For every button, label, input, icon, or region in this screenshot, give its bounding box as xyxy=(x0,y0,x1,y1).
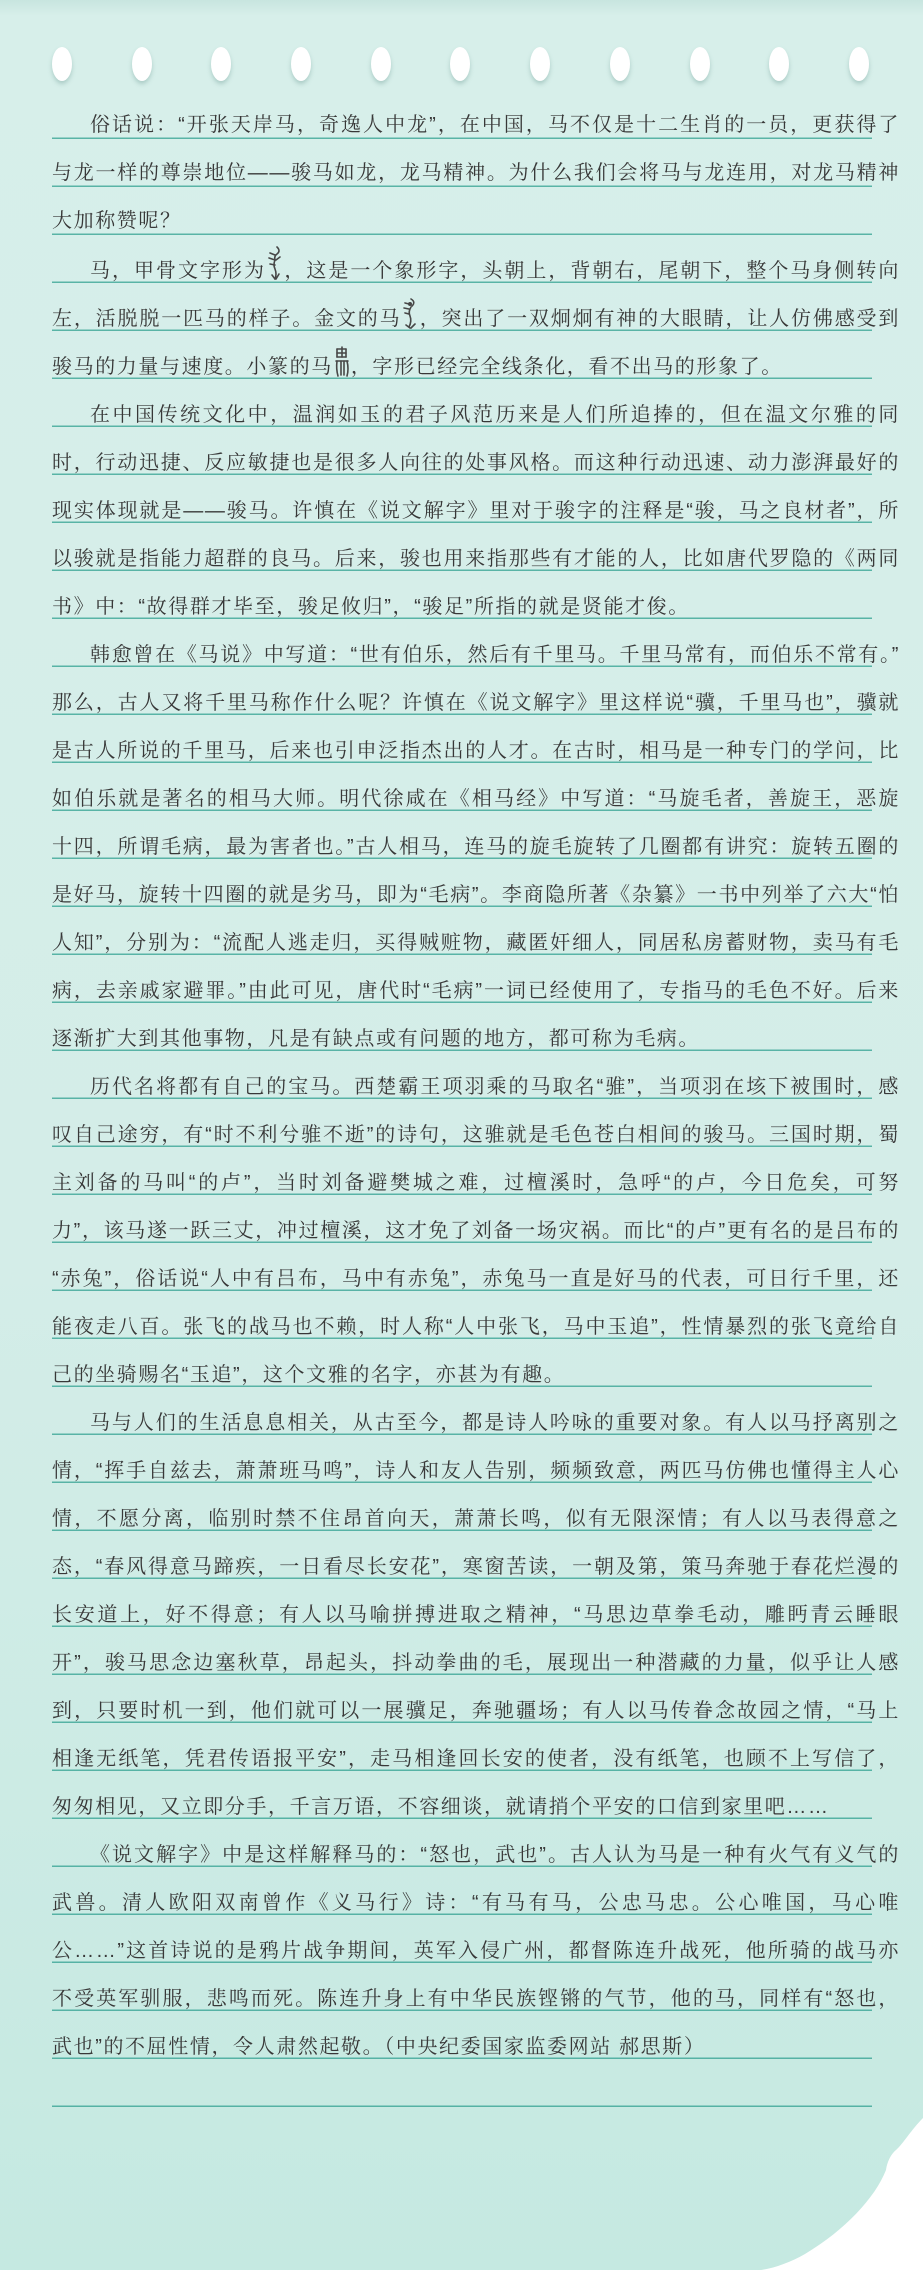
paragraph-text: ，字形已经完全线条化，看不出马的形象了。 xyxy=(351,356,783,378)
paragraph: 《说文解字》中是这样解释马的：“怒也，武也”。古人认为马是一种有火气有义气的武兽… xyxy=(52,1831,900,2071)
binding-hole xyxy=(690,47,710,81)
notebook-page: 俗话说：“开张天岸马，奇逸人中龙”，在中国，马不仅是十二生肖的一员，更获得了与龙… xyxy=(0,0,923,2270)
paragraph: 韩愈曾在《马说》中写道：“世有伯乐，然后有千里马。千里马常有，而伯乐不常有。”那… xyxy=(52,631,900,1063)
binding-hole xyxy=(52,47,72,81)
oracle-bone-script-ma-image xyxy=(267,245,283,283)
paragraph-text: 历代名将都有自己的宝马。西楚霸王项羽乘的马取名“骓”，当项羽在垓下被围时，感叹自… xyxy=(52,1076,900,1386)
paragraph-text: 马，甲骨文字形为 xyxy=(90,260,266,282)
small-seal-script-ma-image xyxy=(334,345,350,379)
binding-hole xyxy=(530,47,550,81)
binding-hole xyxy=(610,47,630,81)
binding-hole xyxy=(769,47,789,81)
article-text: 俗话说：“开张天岸马，奇逸人中龙”，在中国，马不仅是十二生肖的一员，更获得了与龙… xyxy=(52,101,900,2071)
binding-holes-row xyxy=(52,47,869,81)
paragraph: 俗话说：“开张天岸马，奇逸人中龙”，在中国，马不仅是十二生肖的一员，更获得了与龙… xyxy=(52,101,900,245)
paragraph-text: 韩愈曾在《马说》中写道：“世有伯乐，然后有千里马。千里马常有，而伯乐不常有。”那… xyxy=(52,644,900,1050)
binding-hole xyxy=(211,47,231,81)
paragraph: 历代名将都有自己的宝马。西楚霸王项羽乘的马取名“骓”，当项羽在垓下被围时，感叹自… xyxy=(52,1063,900,1399)
paragraph: 马与人们的生活息息相关，从古至今，都是诗人吟咏的重要对象。有人以马抒离别之情，“… xyxy=(52,1399,900,1831)
binding-hole xyxy=(849,47,869,81)
paragraph: 马，甲骨文字形为，这是一个象形字，头朝上，背朝右，尾朝下，整个马身侧转向左，活脱… xyxy=(52,245,900,391)
paragraph-text: 马与人们的生活息息相关，从古至今，都是诗人吟咏的重要对象。有人以马抒离别之情，“… xyxy=(52,1412,900,1818)
paragraph-text: 《说文解字》中是这样解释马的：“怒也，武也”。古人认为马是一种有火气有义气的武兽… xyxy=(52,1844,900,2058)
binding-hole xyxy=(371,47,391,81)
binding-hole xyxy=(291,47,311,81)
binding-hole xyxy=(132,47,152,81)
bronze-script-ma-image xyxy=(402,297,418,331)
paragraph: 在中国传统文化中，温润如玉的君子风范历来是人们所追捧的，但在温文尔雅的同时，行动… xyxy=(52,391,900,631)
binding-hole xyxy=(450,47,470,81)
paragraph-text: 俗话说：“开张天岸马，奇逸人中龙”，在中国，马不仅是十二生肖的一员，更获得了与龙… xyxy=(52,114,900,232)
paragraph-text: 在中国传统文化中，温润如玉的君子风范历来是人们所追捧的，但在温文尔雅的同时，行动… xyxy=(52,404,900,618)
page-curl xyxy=(753,2110,923,2270)
